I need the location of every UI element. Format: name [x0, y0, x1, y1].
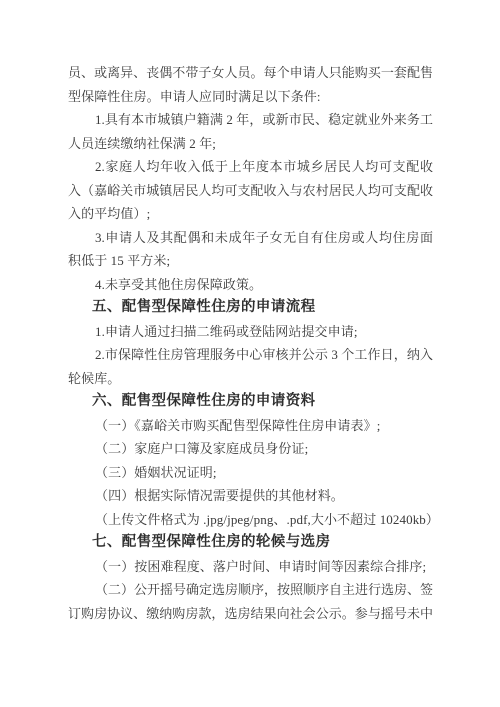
text-line: 人员连续缴纳社保满 2 年; — [68, 132, 433, 156]
paragraph: 4.未享受其他住房保障政策。 — [68, 273, 433, 297]
heading-line: 五、配售型保障性住房的申请流程 — [68, 296, 433, 320]
text-line: 入的平均值）; — [68, 202, 433, 226]
text-line: （一）按困难程度、落户时间、申请时间等因素综合排序; — [68, 555, 433, 579]
text-line: 2.市保障性住房管理服务中心审核并公示 3 个工作日，纳入 — [68, 343, 433, 367]
paragraph: （一）按困难程度、落户时间、申请时间等因素综合排序; — [68, 555, 433, 579]
paragraph: 1.具有本市城镇户籍满 2 年，或新市民、稳定就业外来务工人员连续缴纳社保满 2… — [68, 108, 433, 155]
section-heading: 五、配售型保障性住房的申请流程 — [68, 296, 433, 320]
paragraph: （上传文件格式为 .jpg/jpeg/png、.pdf,大小不超过 10240k… — [68, 508, 433, 532]
paragraph: （四）根据实际情况需要提供的其他材料。 — [68, 484, 433, 508]
paragraph: 3.申请人及其配偶和未成年子女无自有住房或人均住房面积低于 15 平方米; — [68, 226, 433, 273]
text-line: （上传文件格式为 .jpg/jpeg/png、.pdf,大小不超过 10240k… — [68, 508, 433, 532]
paragraph: 1.申请人通过扫描二维码或登陆网站提交申请; — [68, 320, 433, 344]
heading-line: 七、配售型保障性住房的轮候与选房 — [68, 531, 433, 555]
paragraph: 2.家庭人均年收入低于上年度本市城乡居民人均可支配收入（嘉峪关市城镇居民人均可支… — [68, 155, 433, 226]
text-line: 1.具有本市城镇户籍满 2 年，或新市民、稳定就业外来务工 — [68, 108, 433, 132]
text-line: （四）根据实际情况需要提供的其他材料。 — [68, 484, 433, 508]
text-line: 型保障性住房。申请人应同时满足以下条件: — [68, 85, 433, 109]
text-line: （二）公开摇号确定选房顺序，按照顺序自主进行选房、签 — [68, 578, 433, 602]
paragraph: （三）婚姻状况证明; — [68, 461, 433, 485]
text-line: 1.申请人通过扫描二维码或登陆网站提交申请; — [68, 320, 433, 344]
text-line: 3.申请人及其配偶和未成年子女无自有住房或人均住房面 — [68, 226, 433, 250]
paragraph: （二）公开摇号确定选房顺序，按照顺序自主进行选房、签订购房协议、缴纳购房款，选房… — [68, 578, 433, 625]
section-heading: 七、配售型保障性住房的轮候与选房 — [68, 531, 433, 555]
text-line: 2.家庭人均年收入低于上年度本市城乡居民人均可支配收 — [68, 155, 433, 179]
paragraph: 2.市保障性住房管理服务中心审核并公示 3 个工作日，纳入轮候库。 — [68, 343, 433, 390]
text-line: 入（嘉峪关市城镇居民人均可支配收入与农村居民人均可支配收 — [68, 179, 433, 203]
text-block: 员、或离异、丧偶不带子女人员。每个申请人只能购买一套配售型保障性住房。申请人应同… — [68, 61, 433, 625]
heading-line: 六、配售型保障性住房的申请资料 — [68, 390, 433, 414]
paragraph: （二）家庭户口簿及家庭成员身份证; — [68, 437, 433, 461]
text-line: 员、或离异、丧偶不带子女人员。每个申请人只能购买一套配售 — [68, 61, 433, 85]
text-line: （一）《嘉峪关市购买配售型保障性住房申请表》; — [68, 414, 433, 438]
section-heading: 六、配售型保障性住房的申请资料 — [68, 390, 433, 414]
text-line: （二）家庭户口簿及家庭成员身份证; — [68, 437, 433, 461]
text-line: （三）婚姻状况证明; — [68, 461, 433, 485]
document-page: 员、或离异、丧偶不带子女人员。每个申请人只能购买一套配售型保障性住房。申请人应同… — [0, 0, 500, 707]
text-line: 4.未享受其他住房保障政策。 — [68, 273, 433, 297]
text-line: 积低于 15 平方米; — [68, 249, 433, 273]
text-line: 订购房协议、缴纳购房款，选房结果向社会公示。参与摇号未中 — [68, 602, 433, 626]
paragraph: 员、或离异、丧偶不带子女人员。每个申请人只能购买一套配售型保障性住房。申请人应同… — [68, 61, 433, 108]
paragraph: （一）《嘉峪关市购买配售型保障性住房申请表》; — [68, 414, 433, 438]
text-line: 轮候库。 — [68, 367, 433, 391]
